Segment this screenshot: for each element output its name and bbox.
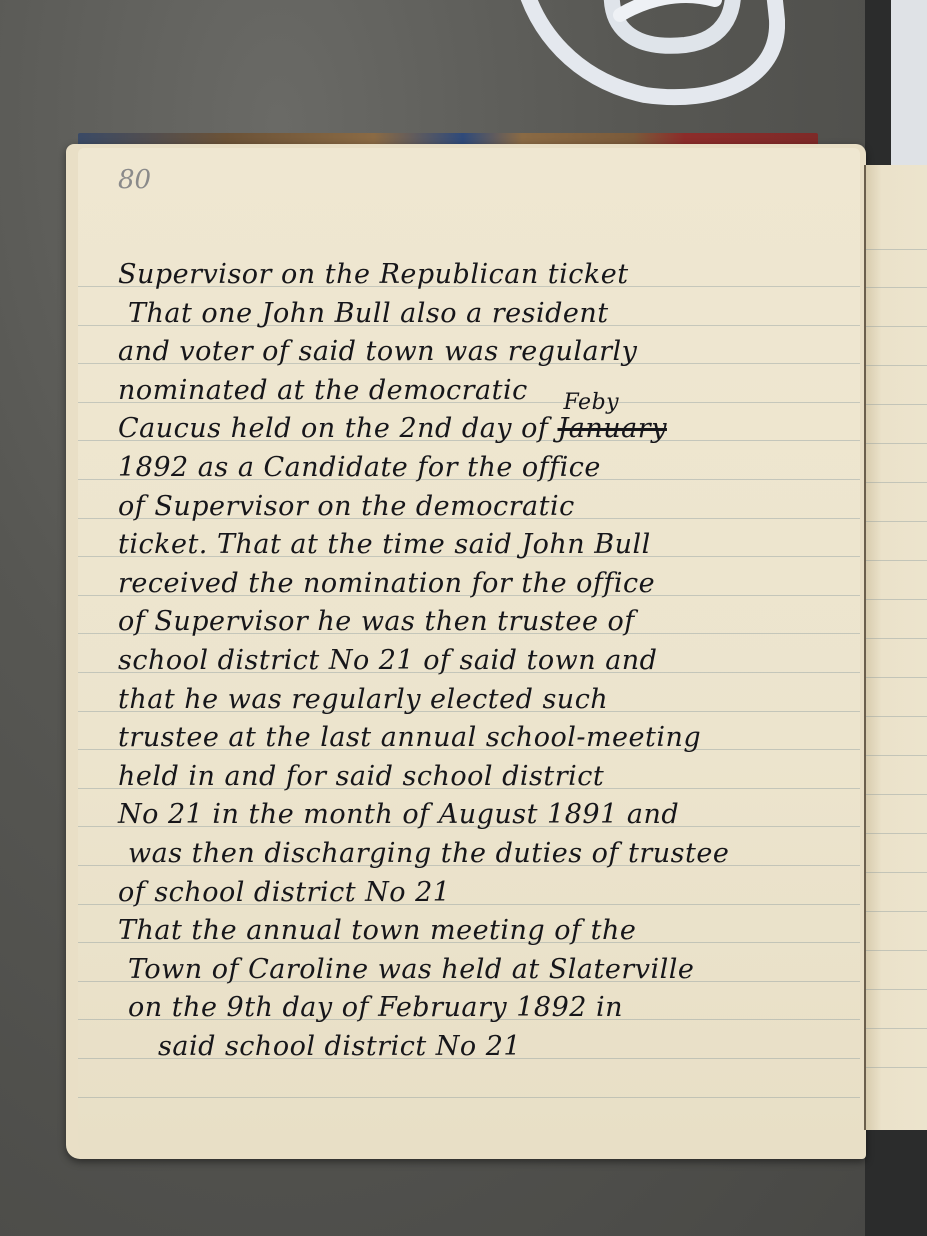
text-line: Town of Caroline was held at Slaterville: [118, 951, 848, 990]
text-line: school district No 21 of said town and: [118, 642, 848, 681]
archive-box-card: [891, 0, 927, 168]
text-line: of Supervisor he was then trustee of: [118, 603, 848, 642]
text-line: Caucus held on the 2nd day of: [118, 413, 548, 444]
text-line: on the 9th day of February 1892 in: [118, 989, 848, 1028]
text-line: was then discharging the duties of trust…: [118, 835, 848, 874]
inserted-word: Feby: [563, 384, 619, 423]
text-line: nominated at the democratic: [118, 372, 848, 411]
text-line: that he was regularly elected such: [118, 681, 848, 720]
text-line: said school district No 21: [118, 1028, 848, 1067]
text-line: received the nomination for the office: [118, 565, 848, 604]
text-line: Supervisor on the Republican ticket: [118, 256, 848, 295]
text-line: 1892 as a Candidate for the office: [118, 449, 848, 488]
text-line: No 21 in the month of August 1891 and: [118, 796, 848, 835]
white-cord: [515, 0, 785, 130]
text-line: of school district No 21: [118, 874, 848, 913]
text-line: trustee at the last annual school-meetin…: [118, 719, 848, 758]
text-line: That the annual town meeting of the: [118, 912, 848, 951]
text-line: of Supervisor on the democratic: [118, 488, 848, 527]
text-line-with-correction: Caucus held on the 2nd day of Feby Janua…: [118, 410, 848, 449]
date-correction: Feby January: [557, 410, 666, 449]
text-line: and voter of said town was regularly: [118, 333, 848, 372]
text-line: held in and for said school district: [118, 758, 848, 797]
handwritten-text: Supervisor on the Republican ticket That…: [118, 256, 848, 1066]
text-line: ticket. That at the time said John Bull: [118, 526, 848, 565]
facing-page: [864, 165, 927, 1130]
text-line: That one John Bull also a resident: [118, 295, 848, 334]
page-number: 80: [118, 165, 151, 195]
